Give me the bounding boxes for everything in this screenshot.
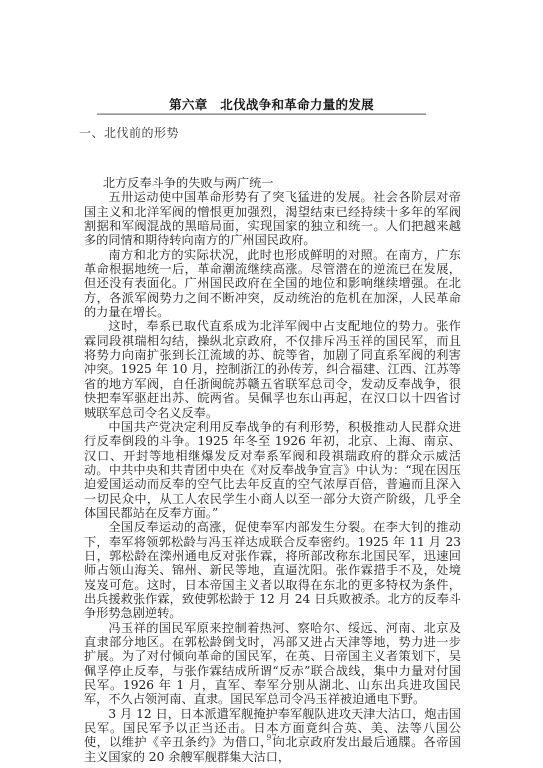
paragraph: 南方和北方的实际状况，此时也形成鲜明的对照。在南方，广东革命根据地统一后，革命潮… <box>84 248 461 320</box>
paragraph: 这时，奉系已取代直系成为北洋军阀中占支配地位的势力。张作霖同段祺瑞相勾结，操纵北… <box>84 319 461 419</box>
title-divider <box>97 113 426 115</box>
page-number: 97 <box>0 733 543 742</box>
document-page: 第六章 北伐战争和革命力量的发展 一、北伐前的形势 北方反奉斗争的失败与两广统一… <box>0 0 543 768</box>
paragraph: 五卅运动使中国革命形势有了突飞猛进的发展。社会各阶层对帝国主义和北洋军阀的憎恨更… <box>84 190 461 247</box>
chapter-title: 第六章 北伐战争和革命力量的发展 <box>0 95 543 113</box>
section-heading: 一、北伐前的形势 <box>79 124 179 141</box>
paragraph: 全国反奉运动的高涨，促使奉军内部发生分裂。在李大钊的推动下，奉军将领郭松龄与冯玉… <box>84 520 461 620</box>
body-text: 北方反奉斗争的失败与两广统一 五卅运动使中国革命形势有了突飞猛进的发展。社会各阶… <box>84 176 461 764</box>
subheading: 北方反奉斗争的失败与两广统一 <box>84 176 461 190</box>
paragraph: 冯玉祥的国民军原来控制着热河、察哈尔、绥远、河南、北京及直隶部分地区。在郭松龄倒… <box>84 621 461 707</box>
paragraph: 中国共产党决定利用反奉战争的有利形势，积极推动人民群众进行反奉倒段的斗争。192… <box>84 420 461 520</box>
